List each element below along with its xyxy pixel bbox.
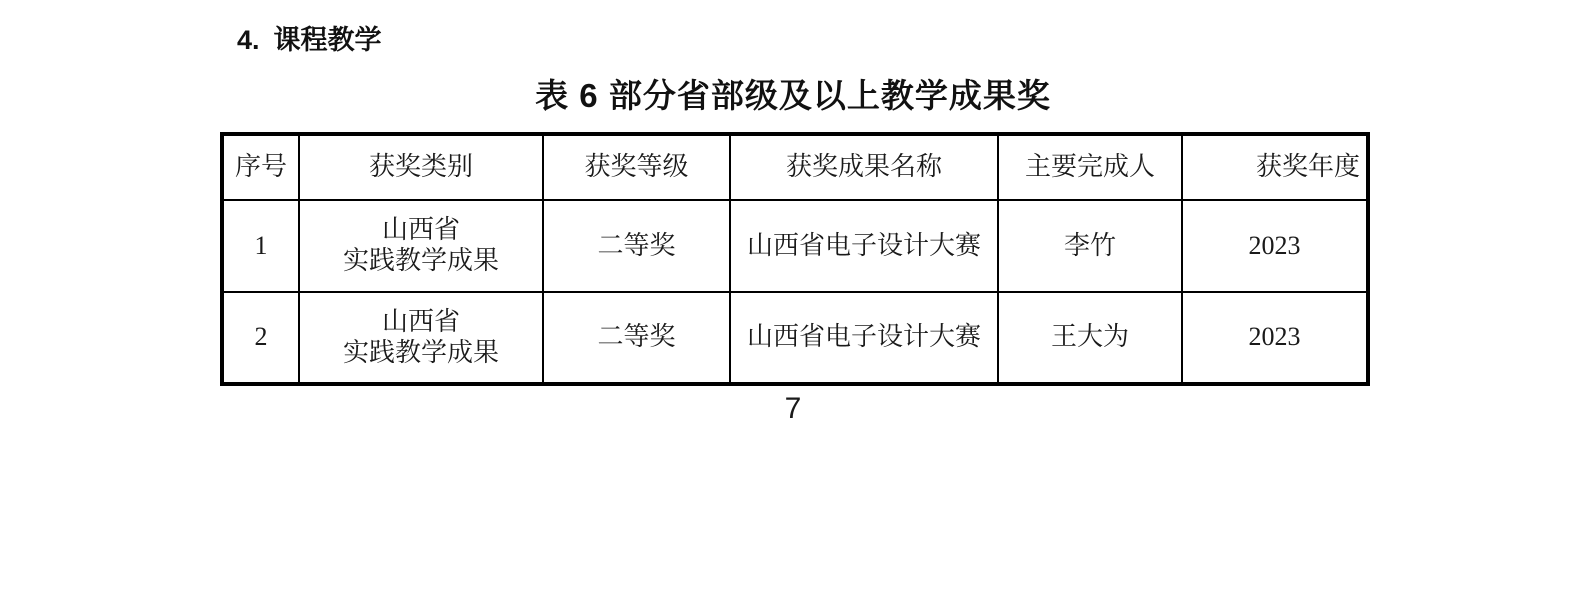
col-header-year: 获奖年度	[1182, 134, 1368, 200]
cell-achievement: 山西省电子设计大赛	[730, 292, 998, 384]
col-header-person: 主要完成人	[998, 134, 1182, 200]
section-title: 课程教学	[274, 26, 382, 56]
cell-person: 李竹	[998, 200, 1182, 292]
col-header-achievement: 获奖成果名称	[730, 134, 998, 200]
table-row: 2 山西省 实践教学成果 二等奖 山西省电子设计大赛 王大为 2023	[222, 292, 1368, 384]
col-header-category: 获奖类别	[299, 134, 543, 200]
awards-table: 序号 获奖类别 获奖等级 获奖成果名称 主要完成人 获奖年度 1 山西省 实践教…	[220, 132, 1370, 386]
table-caption: 表 6 部分省部级及以上教学成果奖	[220, 79, 1366, 114]
cell-person: 王大为	[998, 292, 1182, 384]
cell-level: 二等奖	[543, 292, 730, 384]
cell-category: 山西省 实践教学成果	[299, 292, 543, 384]
cell-year: 2023	[1182, 292, 1368, 384]
cell-category-line2: 实践教学成果	[304, 246, 538, 277]
table-row: 1 山西省 实践教学成果 二等奖 山西省电子设计大赛 李竹 2023	[222, 200, 1368, 292]
cell-category-line2: 实践教学成果	[304, 338, 538, 369]
cell-index: 2	[222, 292, 299, 384]
cell-category: 山西省 实践教学成果	[299, 200, 543, 292]
section-heading: 4. 课程教学	[237, 26, 382, 56]
col-header-index: 序号	[222, 134, 299, 200]
cell-year: 2023	[1182, 200, 1368, 292]
col-header-level: 获奖等级	[543, 134, 730, 200]
cell-achievement: 山西省电子设计大赛	[730, 200, 998, 292]
table-header-row: 序号 获奖类别 获奖等级 获奖成果名称 主要完成人 获奖年度	[222, 134, 1368, 200]
cell-category-line1: 山西省	[304, 215, 538, 246]
page-number: 7	[220, 392, 1366, 425]
cell-level: 二等奖	[543, 200, 730, 292]
cell-category-line1: 山西省	[304, 307, 538, 338]
section-number: 4.	[237, 26, 260, 56]
cell-index: 1	[222, 200, 299, 292]
